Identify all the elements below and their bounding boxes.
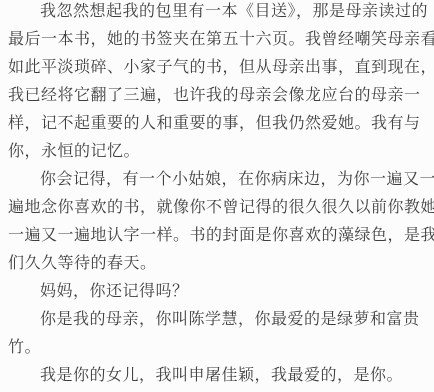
article-text: 我忽然想起我的包里有一本《目送》，那是母亲读过的最后一本书，她的书签夹在第五十六… bbox=[0, 0, 434, 390]
text-line: 我已经将它翻了三遍，也许我的母亲会像龙应台的母亲一 bbox=[8, 82, 426, 110]
text-line: 你是我的母亲，你叫陈学慧，你最爱的是绿萝和富贵 bbox=[8, 306, 426, 334]
text-page: 我忽然想起我的包里有一本《目送》，那是母亲读过的最后一本书，她的书签夹在第五十六… bbox=[0, 0, 434, 392]
paragraph: 你会记得，有一个小姑娘，在你病床边，为你一遍又一遍地念你喜欢的书，就像你不曾记得… bbox=[8, 166, 426, 278]
paragraph: 你是我的母亲，你叫陈学慧，你最爱的是绿萝和富贵竹。 bbox=[8, 306, 426, 362]
text-line: 我是你的女儿，我叫申屠佳颖，我最爱的，是你。 bbox=[8, 362, 426, 390]
text-line: 妈妈，你还记得吗？ bbox=[8, 278, 426, 306]
text-line: 样，记不起重要的人和重要的事，但我仍然爱她。我有与 bbox=[8, 110, 426, 138]
text-line: 们久久等待的春天。 bbox=[8, 250, 426, 278]
text-line: 一遍又一遍地认字一样。书的封面是你喜欢的藻绿色，是我 bbox=[8, 222, 426, 250]
text-line: 如此平淡琐碎、小家子气的书，但从母亲出事，直到现在， bbox=[8, 54, 426, 82]
text-line: 我忽然想起我的包里有一本《目送》，那是母亲读过的 bbox=[8, 0, 426, 26]
text-line: 竹。 bbox=[8, 334, 426, 362]
text-line: 最后一本书，她的书签夹在第五十六页。我曾经嘲笑母亲看 bbox=[8, 26, 426, 54]
text-line: 你，永恒的记忆。 bbox=[8, 138, 426, 166]
text-line: 你会记得，有一个小姑娘，在你病床边，为你一遍又一 bbox=[8, 166, 426, 194]
text-line: 遍地念你喜欢的书，就像你不曾记得的很久很久以前你教她 bbox=[8, 194, 426, 222]
paragraph: 妈妈，你还记得吗？ bbox=[8, 278, 426, 306]
paragraph: 我是你的女儿，我叫申屠佳颖，我最爱的，是你。 bbox=[8, 362, 426, 390]
paragraph: 我忽然想起我的包里有一本《目送》，那是母亲读过的最后一本书，她的书签夹在第五十六… bbox=[8, 0, 426, 166]
